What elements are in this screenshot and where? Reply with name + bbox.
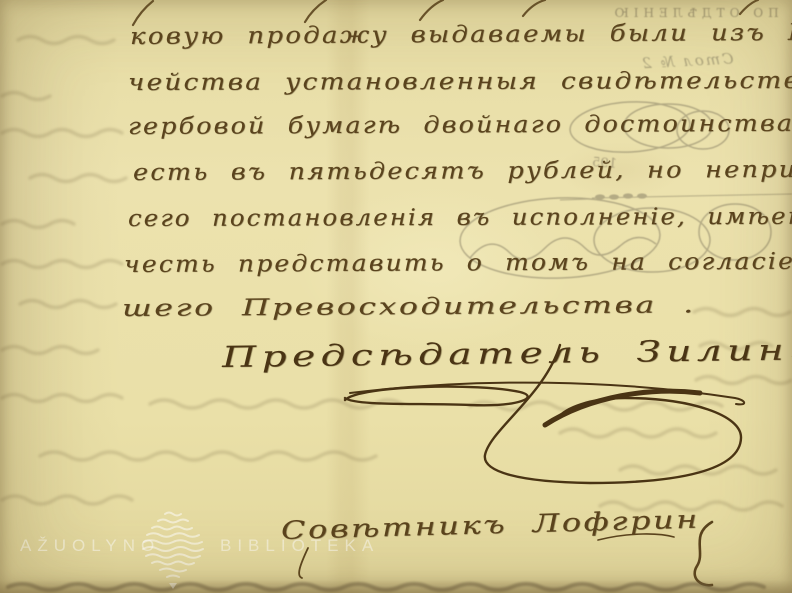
bottom-edge-shading: [0, 580, 792, 593]
document-photo: ПО ОТДѢЛЕНІЮ Стол № 2 195 ковую продажу …: [0, 0, 792, 593]
bottom-edge-bleed: [0, 0, 792, 593]
